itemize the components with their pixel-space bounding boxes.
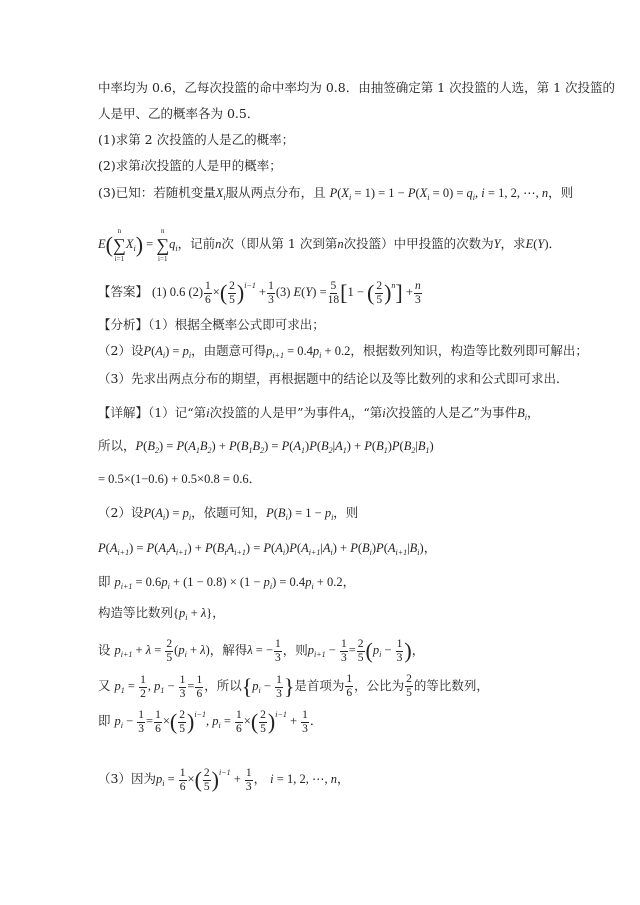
text: 构造等比数列 — [98, 605, 173, 620]
analysis-line-1: 【分析】（1）根据全概率公式即可求出； — [98, 317, 325, 333]
text: 次投篮的人是乙”为事件 — [386, 405, 517, 420]
text: ，“第 — [351, 405, 382, 420]
detail-line-8: 设 pi+1 + λ = 25(pi + λ)，解得λ = −13，则pi+1 … — [98, 638, 424, 665]
text: ，求 — [501, 236, 526, 251]
text: ，则 — [333, 505, 358, 520]
text: ， — [254, 771, 267, 786]
detail-line-2: 所以，P(B2) = P(A1B2) + P(B1B2) = P(A1)P(B2… — [98, 438, 434, 459]
question-2: (2)求第i次投篮的人是甲的概率； — [98, 158, 282, 174]
answer-formula: (1) 0.6 (2)16×(25)i−1 +13(3) E(Y) =518[1… — [152, 285, 423, 299]
question-3: (3)已知：若随机变量Xi服从两点分布，且 P(Xi = 1) = 1 − P(… — [98, 185, 573, 206]
text: ， — [343, 574, 356, 589]
text: ， — [337, 771, 350, 786]
text: ， — [412, 642, 425, 657]
text: ，依题可知， — [191, 505, 266, 520]
detail-line-10: 即 pi − 13=16×(25)i−1, pi = 16×(25)i−1 + … — [98, 707, 322, 736]
analysis-label: 【分析】 — [98, 317, 148, 332]
text: 次（即从第 1 次到第 — [221, 236, 337, 251]
question-3-line-2: E(n∑i=1Xi) = n∑i=1qi，记前n次（即从第 1 次到第n次投篮）… — [98, 226, 561, 264]
question-1: (1)求第 2 次投篮的人是乙的概率； — [98, 132, 294, 148]
text: 是首项为 — [294, 678, 344, 693]
text: 即 — [98, 713, 111, 728]
text: 的等比数列， — [414, 678, 489, 693]
text: ， — [424, 540, 437, 555]
text: ， — [212, 605, 225, 620]
text: （1）记“第 — [148, 405, 206, 420]
text: （2）设 — [98, 343, 143, 358]
detail-line-7: 构造等比数列{pi + λ}， — [98, 605, 225, 626]
detail-line-5: P(Ai+1) = P(AiAi+1) + P(BiAi+1) = P(Ai)P… — [98, 540, 436, 561]
text: = 0.5×(1−0.6) + 0.5×0.8 = 0.6． — [98, 472, 261, 486]
intro-line-2: 人是甲、乙的概率各为 0.5． — [98, 106, 259, 122]
answer-line: 【答案】 (1) 0.6 (2)16×(25)i−1 +13(3) E(Y) =… — [98, 278, 423, 307]
answer-label: 【答案】 — [98, 284, 148, 299]
q3-formula: P(Xi = 1) = 1 − P(Xi = 0) = qi, i = 1, 2… — [330, 186, 548, 200]
q3-mid: 服从两点分布，且 — [226, 185, 326, 200]
analysis-1: （1）根据全概率公式即可求出； — [148, 317, 325, 332]
text: ，所以 — [204, 678, 242, 693]
text: （3）因为 — [98, 771, 156, 786]
text: ，则 — [283, 642, 308, 657]
text: 次投篮）中甲投篮的次数为 — [344, 236, 494, 251]
text: ，记前 — [178, 236, 216, 251]
detail-line-1: 【详解】（1）记“第i次投篮的人是甲”为事件Ai，“第i次投篮的人是乙”为事件B… — [98, 405, 540, 426]
q2-post: 次投篮的人是甲的概率； — [144, 158, 282, 173]
analysis-line-3: （3）先求出两点分布的期望，再根据题中的结论以及等比数列的求和公式即可求出． — [98, 371, 568, 387]
q2-pre: (2)求第 — [98, 158, 141, 173]
q3-var: Xi — [216, 186, 226, 200]
text: 即 — [98, 574, 111, 589]
q3-pre: (3)已知：若随机变量 — [98, 185, 216, 200]
detail-line-11: （3）因为pi = 16×(25)i−1 + 13， i = 1, 2, ⋯, … — [98, 765, 349, 794]
text: ，根据数列知识，构造等比数列即可解出； — [350, 343, 588, 358]
detail-line-4: （2）设P(Ai) = pi，依题可知，P(Bi) = 1 − pi，则 — [98, 505, 358, 526]
expectation-formula: E(n∑i=1Xi) = n∑i=1qi — [98, 237, 178, 251]
text: 设 — [98, 642, 111, 657]
text: ，公比为 — [354, 678, 404, 693]
q3-end: ，则 — [548, 185, 573, 200]
text: （2）设 — [98, 505, 143, 520]
detail-line-3: = 0.5×(1−0.6) + 0.5×0.8 = 0.6． — [98, 471, 261, 487]
analysis-line-2: （2）设P(Ai) = pi，由题意可得pi+1 = 0.4pi + 0.2，根… — [98, 343, 588, 364]
text: ，解得 — [210, 642, 248, 657]
text: 次投篮的人是甲”为事件 — [210, 405, 341, 420]
detail-label: 【详解】 — [98, 405, 148, 420]
text: ，由题意可得 — [191, 343, 266, 358]
text: 又 — [98, 678, 111, 693]
detail-line-6: 即 pi+1 = 0.6pi + (1 − 0.8) × (1 − pi) = … — [98, 574, 355, 595]
text: ． — [310, 713, 323, 728]
detail-line-9: 又 p1 = 12, p1 − 13=16，所以{pi − 13}是首项为16，… — [98, 673, 489, 701]
intro-line-1: 中率均为 0.6，乙每次投篮的命中率均为 0.8．由抽签确定第 1 次投篮的人选… — [98, 80, 615, 96]
text: ， — [527, 405, 540, 420]
text: 所以， — [98, 438, 136, 453]
